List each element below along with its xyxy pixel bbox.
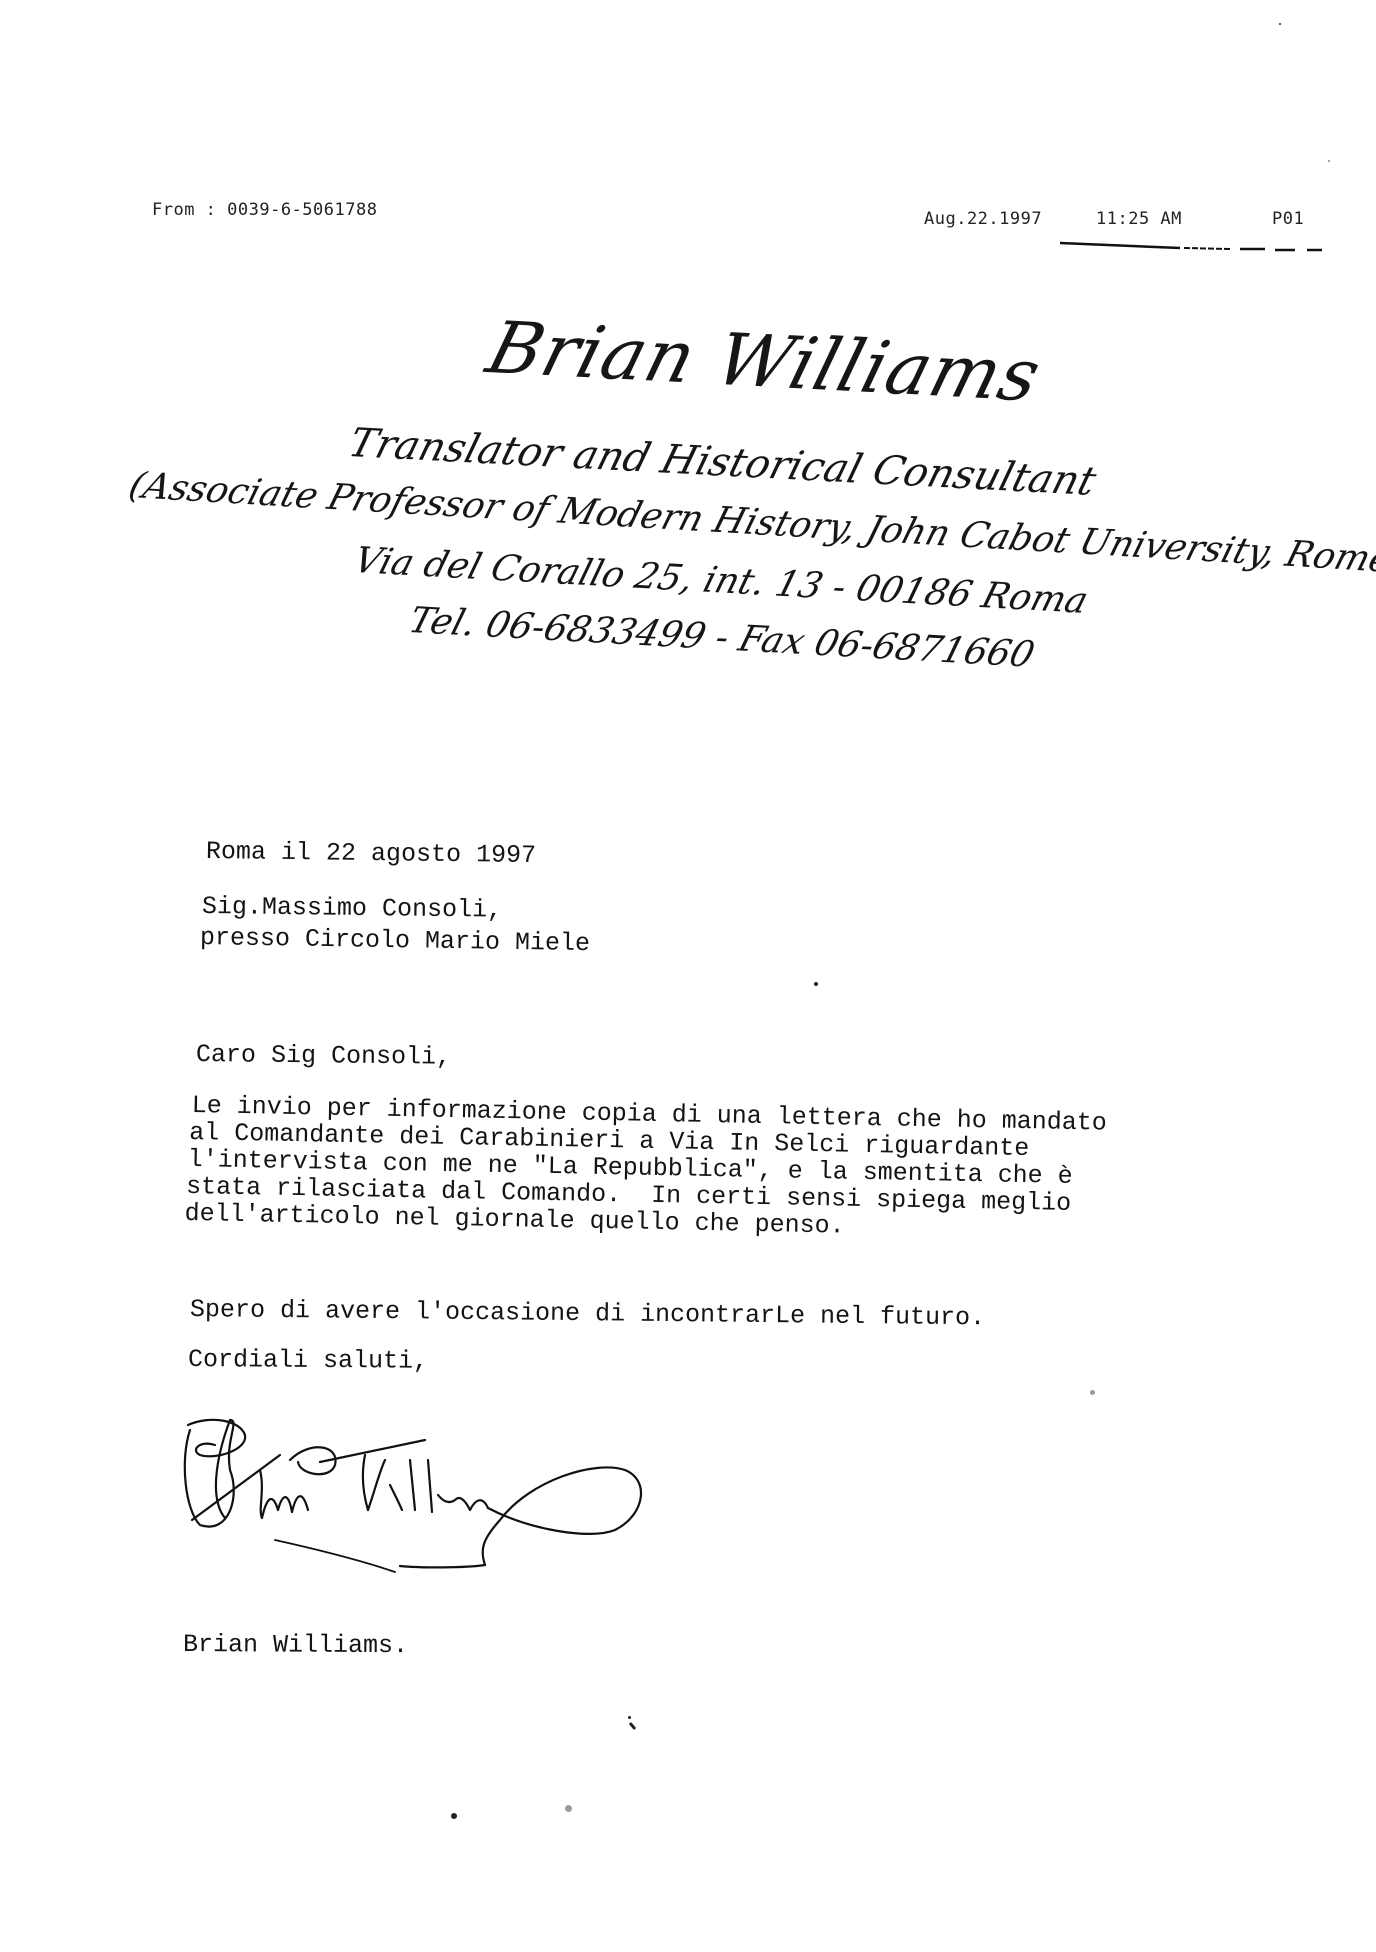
letterhead-name: Brian Williams [479,306,1050,418]
scan-speck [814,982,818,986]
recipient-name: Sig.Massimo Consoli, [202,892,502,925]
scan-speck [1279,23,1281,25]
letter-body-paragraph: Le invio per informazione copia di una l… [189,1092,1107,1245]
scan-speck [628,1716,631,1719]
scan-speck [1090,1390,1095,1395]
fax-page-number: P01 [1272,209,1304,229]
closing-sentence: Spero di avere l'occasione di incontrarL… [190,1295,985,1332]
salutation: Caro Sig Consoli, [196,1040,451,1072]
recipient-organization: presso Circolo Mario Miele [200,923,590,958]
fax-time: 11:25 AM [1096,209,1182,229]
handwritten-signature [170,1400,670,1600]
scan-speck [451,1813,457,1819]
scan-speck [629,1722,636,1730]
closing-greeting: Cordiali saluti, [188,1345,428,1376]
fax-date: Aug.22.1997 [924,209,1042,229]
letter-date: Roma il 22 agosto 1997 [206,837,536,870]
scan-speck [1328,160,1330,162]
signature-typed-name: Brian Williams. [183,1630,408,1660]
scan-speck [565,1805,572,1812]
fax-sender-number: From : 0039-6-5061788 [152,200,377,220]
fax-header-underline [1060,240,1330,252]
